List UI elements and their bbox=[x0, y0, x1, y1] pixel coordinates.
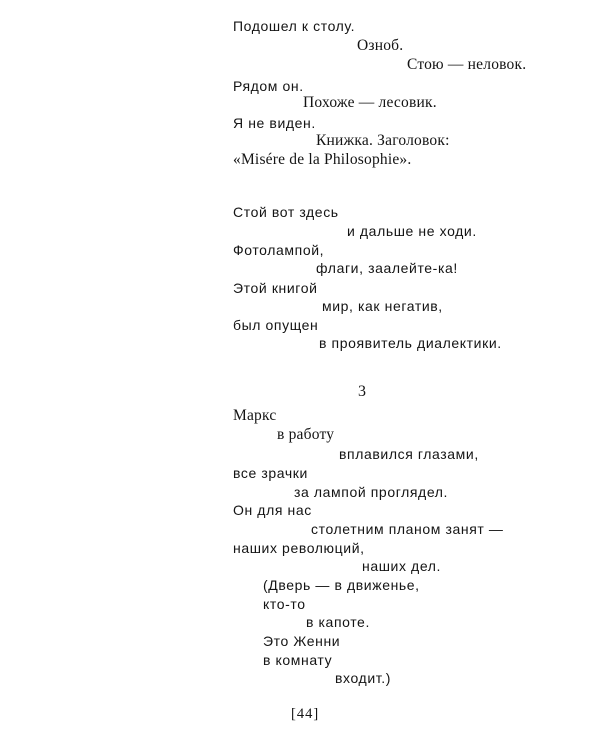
poem-line: столетним планом занят — bbox=[311, 520, 504, 538]
poem-line: Подошел к столу. bbox=[233, 17, 355, 35]
poem-line: Стою — неловок. bbox=[407, 56, 526, 74]
poem-line: вплавился глазами, bbox=[339, 445, 479, 463]
poem-line: «Misére de la Philosophie». bbox=[233, 151, 411, 169]
poem-line: Этой книгой bbox=[233, 279, 318, 297]
poem-line: в капоте. bbox=[306, 613, 370, 631]
poem-line: (Дверь — в движенье, bbox=[263, 576, 420, 594]
poem-line: Маркс bbox=[233, 407, 276, 425]
poem-line: Озноб. bbox=[357, 37, 403, 55]
poem-line: Похоже — лесовик. bbox=[303, 94, 437, 112]
poem-line: в работу bbox=[277, 426, 334, 444]
poem-line: флаги, заалейте-ка! bbox=[316, 259, 458, 277]
poem-line: Я не виден. bbox=[233, 114, 316, 132]
section-number: 3 bbox=[358, 383, 366, 401]
poem-line: Рядом он. bbox=[233, 77, 304, 95]
page-number: [44] bbox=[291, 705, 319, 723]
poem-line: наших революций, bbox=[233, 539, 365, 557]
poem-line: кто-то bbox=[263, 595, 306, 613]
poem-line: за лампой проглядел. bbox=[294, 483, 448, 501]
poem-line: входит.) bbox=[335, 669, 391, 687]
poem-line: наших дел. bbox=[362, 557, 441, 575]
poem-line: Он для нас bbox=[233, 501, 312, 519]
poem-line: мир, как негатив, bbox=[322, 297, 443, 315]
poem-line: Книжка. Заголовок: bbox=[316, 132, 450, 150]
poem-line: был опущен bbox=[233, 316, 318, 334]
poem-line: и дальше не ходи. bbox=[347, 222, 477, 240]
poem-line: все зрачки bbox=[233, 464, 308, 482]
poem-line: в комнату bbox=[263, 651, 332, 669]
book-page: Подошел к столу.Озноб.Стою — неловок.Ряд… bbox=[0, 0, 600, 740]
poem-line: Фотолампой, bbox=[233, 241, 324, 259]
poem-line: в проявитель диалектики. bbox=[319, 334, 502, 352]
poem-line: Стой вот здесь bbox=[233, 203, 339, 221]
poem-line: Это Женни bbox=[263, 632, 340, 650]
